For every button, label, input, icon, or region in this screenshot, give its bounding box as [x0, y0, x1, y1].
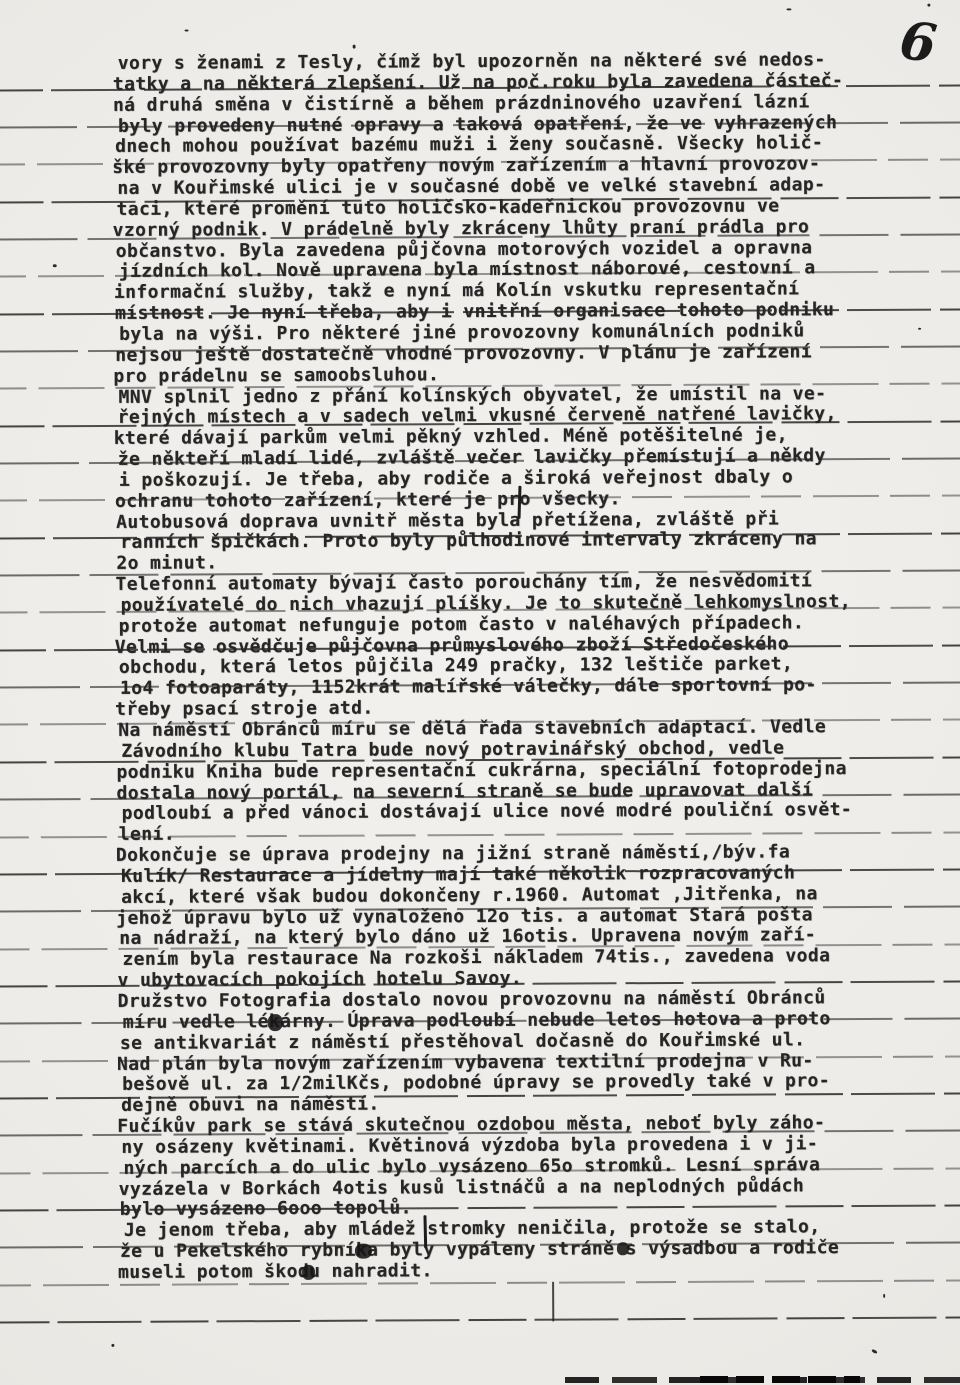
scan-edge-artifact [700, 1376, 860, 1383]
scan-speck [353, 45, 356, 49]
text-line: museli potom škodu nahradit. [118, 1259, 908, 1284]
scan-speck [918, 328, 921, 330]
scan-speck [786, 8, 791, 10]
scan-content: vory s ženami z Tesly, čímž byl upozorně… [0, 0, 960, 1385]
ruled-lines [0, 0, 956, 3]
scan-speck [53, 264, 57, 267]
page-number: 6 [896, 10, 939, 75]
ink-blot [617, 1242, 629, 1255]
ink-blot [302, 1265, 315, 1280]
scan-speck [883, 1294, 885, 1298]
ink-blot [268, 1014, 283, 1031]
document-page: vory s ženami z Tesly, čímž byl upozorně… [0, 0, 960, 1385]
pen-stroke-mark [552, 1282, 554, 1322]
scan-speck [111, 1344, 114, 1347]
scan-speck [927, 4, 930, 7]
scan-speck [185, 30, 189, 32]
ink-blot [355, 1244, 372, 1259]
scan-speck [659, 124, 662, 127]
ruled-line [0, 1316, 960, 1323]
scan-speck [871, 1349, 878, 1355]
typewritten-text-block: vory s ženami z Tesly, čímž byl upozorně… [115, 50, 911, 1284]
